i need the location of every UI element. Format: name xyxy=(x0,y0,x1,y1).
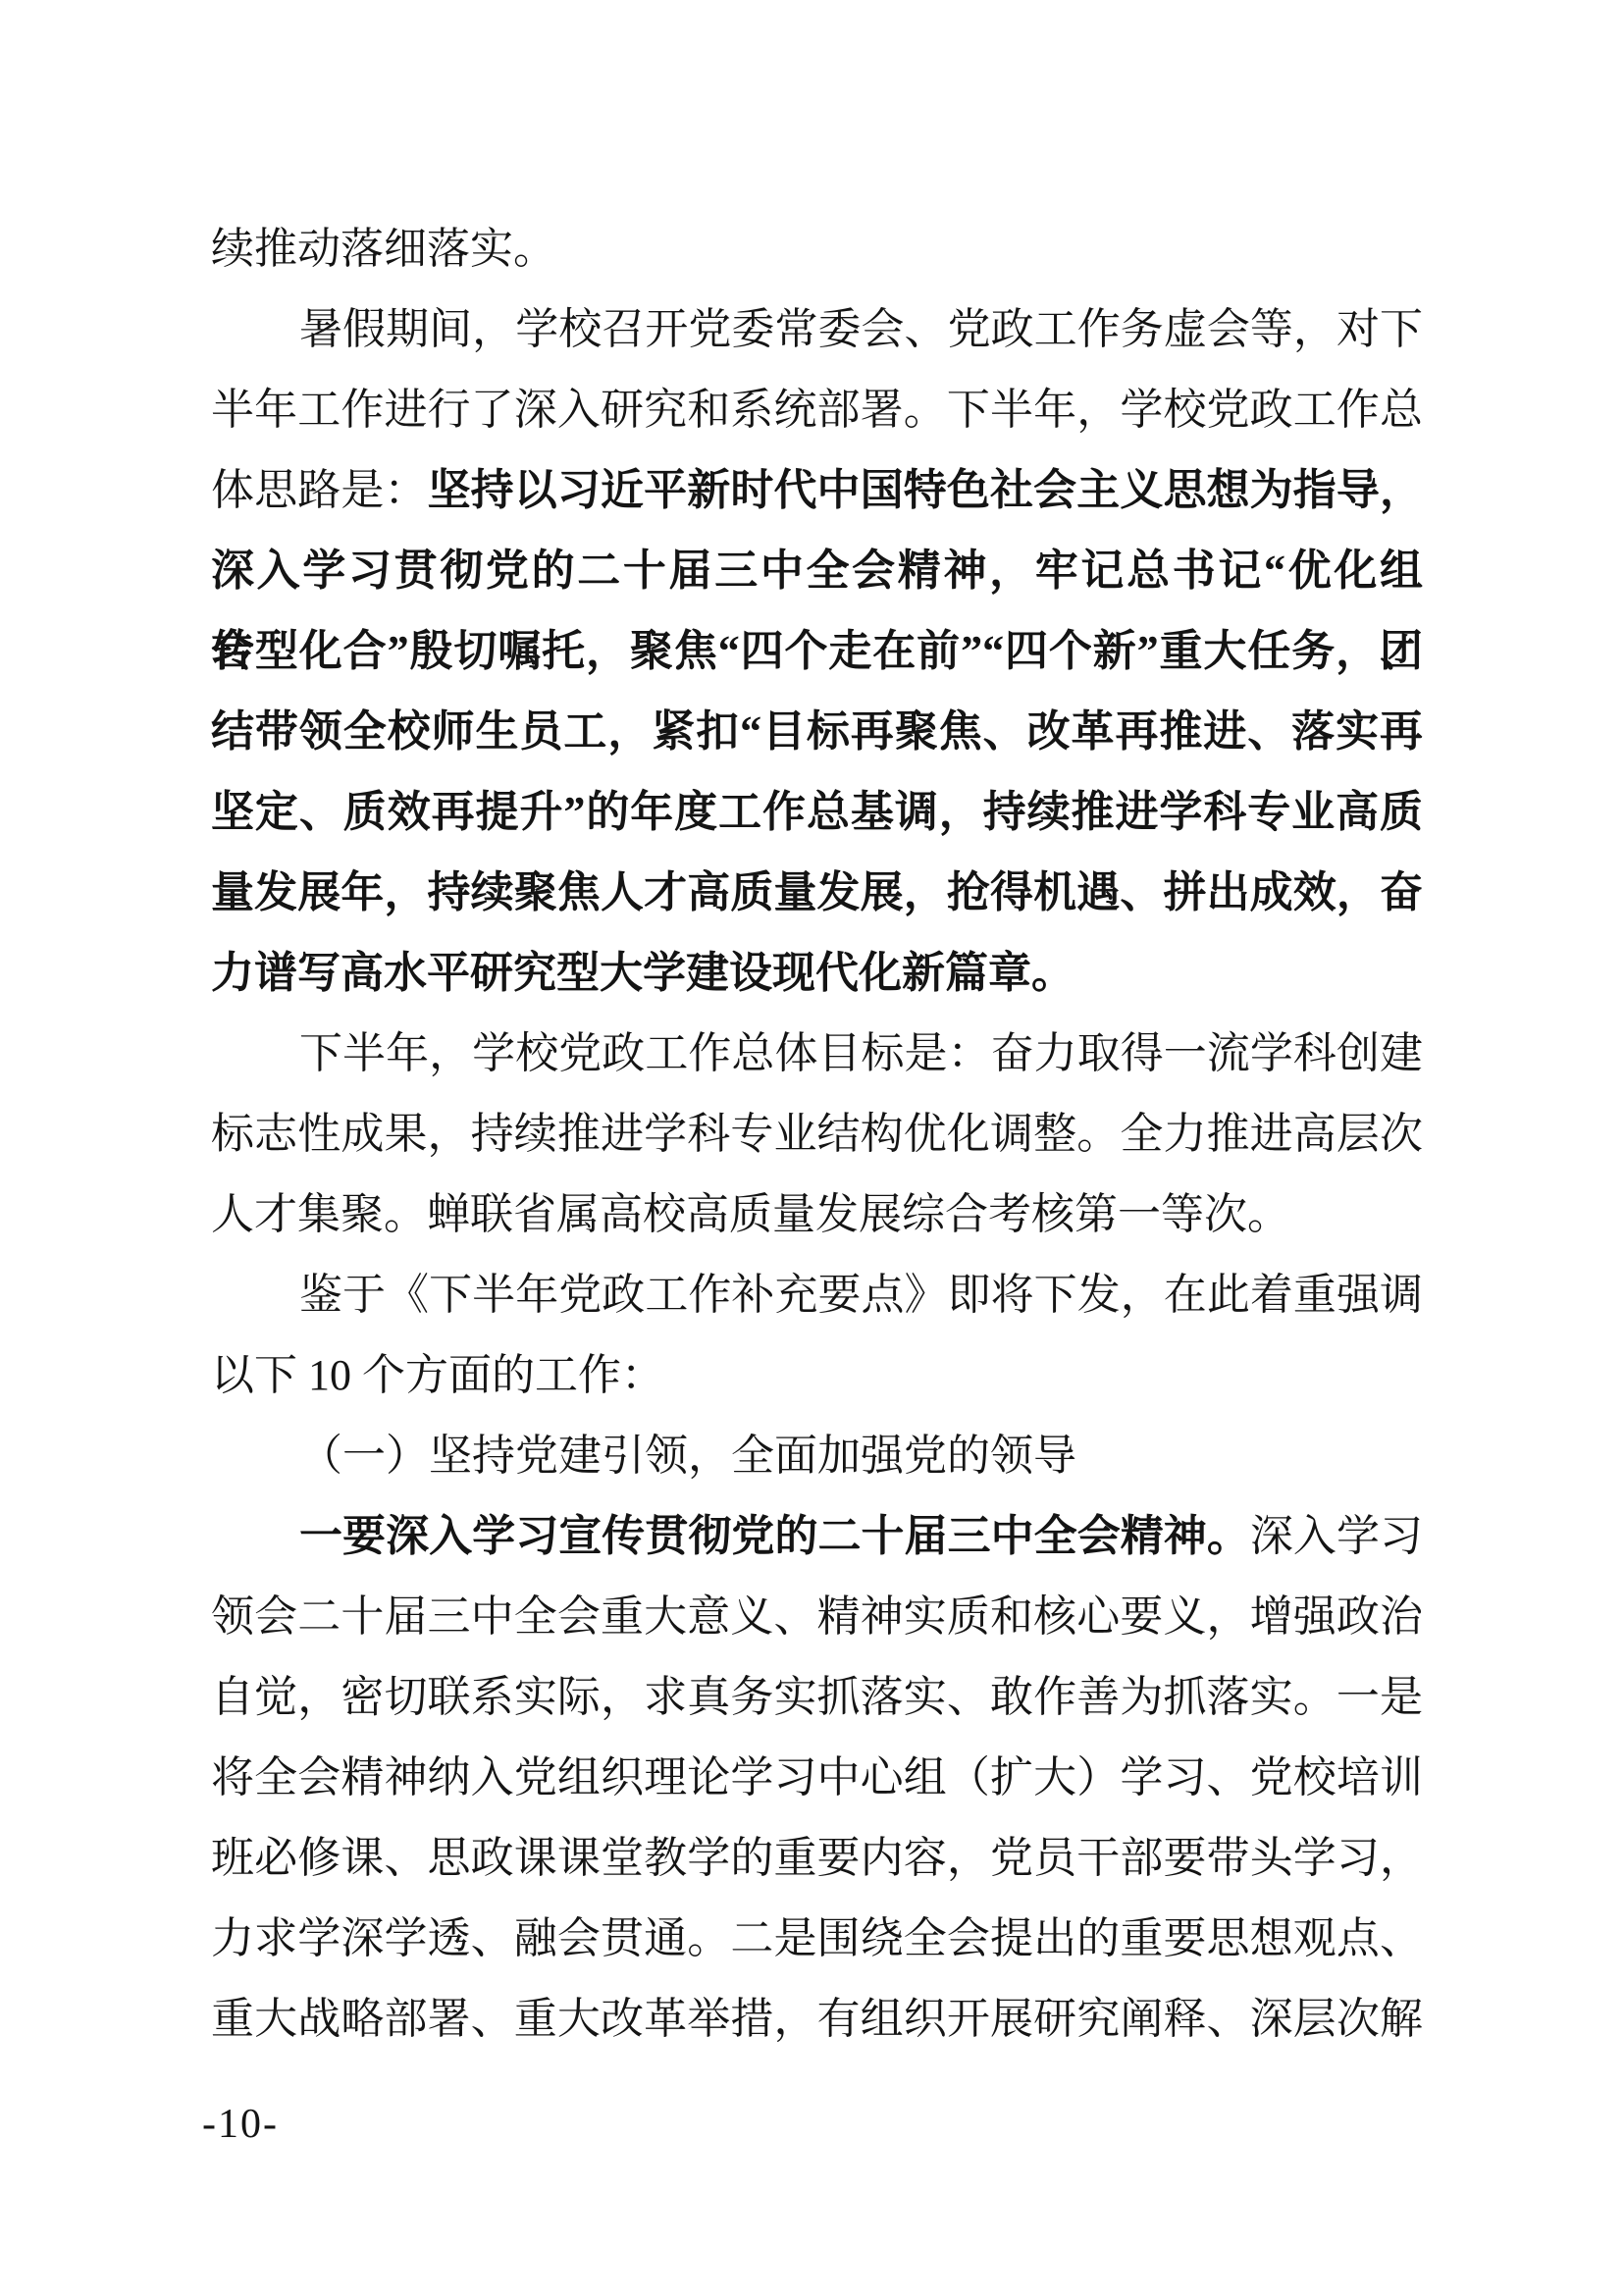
text-run: 标志性成果，持续推进学科专业结构优化调整。全力推进高层次 xyxy=(211,1110,1423,1158)
text-run: 力求学深学透、融会贯通。二是围绕全会提出的重要思想观点、 xyxy=(211,1914,1423,1962)
text-line: 转型化合”殷切嘱托，聚焦“四个走在前”“四个新”重大任务，团 xyxy=(211,611,1423,692)
text-line: 领会二十届三中全会重大意义、精神实质和核心要义，增强政治 xyxy=(211,1577,1423,1657)
text-line: 半年工作进行了深入研究和系统部署。下半年，学校党政工作总 xyxy=(211,370,1423,450)
section-heading: （一）坚持党建引领，全面加强党的领导 xyxy=(211,1416,1423,1496)
emphasized-text-run: 量发展年，持续聚焦人才高质量发展，抢得机遇、拼出成效，奋 xyxy=(211,868,1423,916)
text-run: 自觉，密切联系实际，求真务实抓落实、敢作善为抓落实。一是 xyxy=(211,1673,1423,1721)
text-run: （一）坚持党建引领，全面加强党的领导 xyxy=(299,1432,1076,1480)
text-line: 结带领全校师生员工，紧扣“目标再聚焦、改革再推进、落实再 xyxy=(211,692,1423,772)
text-run: 班必修课、思政课课堂教学的重要内容，党员干部要带头学习， xyxy=(211,1834,1423,1882)
text-line: 下半年，学校党政工作总体目标是：奋力取得一流学科创建 xyxy=(211,1014,1423,1094)
text-line: 人才集聚。蝉联省属高校高质量发展综合考核第一等次。 xyxy=(211,1174,1423,1255)
text-run: 半年工作进行了深入研究和系统部署。下半年，学校党政工作总 xyxy=(211,386,1423,434)
emphasized-text-run: 坚持以习近平新时代中国特色社会主义思想为指导， xyxy=(428,466,1423,514)
emphasized-text-run: 转型化合”殷切嘱托，聚焦“四个走在前”“四个新”重大任务，团 xyxy=(211,627,1423,675)
text-run: 将全会精神纳入党组织理论学习中心组（扩大）学习、党校培训 xyxy=(211,1753,1423,1801)
text-line: 续推动落细落实。 xyxy=(211,209,1423,289)
text-line: 深入学习贯彻党的二十届三中全会精神，牢记总书记“优化组合、 xyxy=(211,531,1423,611)
text-line: 量发展年，持续聚焦人才高质量发展，抢得机遇、拼出成效，奋 xyxy=(211,853,1423,933)
text-line: 暑假期间，学校召开党委常委会、党政工作务虚会等，对下 xyxy=(211,289,1423,370)
text-line: 一要深入学习宣传贯彻党的二十届三中全会精神。深入学习 xyxy=(211,1496,1423,1577)
text-line: 自觉，密切联系实际，求真务实抓落实、敢作善为抓落实。一是 xyxy=(211,1657,1423,1738)
emphasized-text-run: 力谱写高水平研究型大学建设现代化新篇章。 xyxy=(211,949,1074,997)
text-line: 班必修课、思政课课堂教学的重要内容，党员干部要带头学习， xyxy=(211,1818,1423,1899)
text-run: 领会二十届三中全会重大意义、精神实质和核心要义，增强政治 xyxy=(211,1592,1423,1641)
emphasized-text-run: 一要深入学习宣传贯彻党的二十届三中全会精神。 xyxy=(299,1512,1250,1560)
text-line: 体思路是：坚持以习近平新时代中国特色社会主义思想为指导， xyxy=(211,450,1423,531)
text-line: 将全会精神纳入党组织理论学习中心组（扩大）学习、党校培训 xyxy=(211,1738,1423,1818)
text-line: 鉴于《下半年党政工作补充要点》即将下发，在此着重强调 xyxy=(211,1255,1423,1335)
document-page: 续推动落细落实。暑假期间，学校召开党委常委会、党政工作务虚会等，对下半年工作进行… xyxy=(0,0,1624,2296)
text-run: 体思路是： xyxy=(211,466,428,514)
page-number: -10- xyxy=(202,2102,279,2147)
text-run: 续推动落细落实。 xyxy=(211,225,556,273)
text-run: 重大战略部署、重大改革举措，有组织开展研究阐释、深层次解 xyxy=(211,1995,1423,2043)
text-run: 人才集聚。蝉联省属高校高质量发展综合考核第一等次。 xyxy=(211,1190,1290,1238)
document-body: 续推动落细落实。暑假期间，学校召开党委常委会、党政工作务虚会等，对下半年工作进行… xyxy=(211,209,1423,2060)
text-line: 坚定、质效再提升”的年度工作总基调，持续推进学科专业高质 xyxy=(211,772,1423,853)
text-line: 以下 10 个方面的工作： xyxy=(211,1335,1423,1416)
text-run: 暑假期间，学校召开党委常委会、党政工作务虚会等，对下 xyxy=(299,305,1423,353)
text-line: 力求学深学透、融会贯通。二是围绕全会提出的重要思想观点、 xyxy=(211,1899,1423,1979)
text-run: 下半年，学校党政工作总体目标是：奋力取得一流学科创建 xyxy=(299,1029,1423,1077)
text-line: 重大战略部署、重大改革举措，有组织开展研究阐释、深层次解 xyxy=(211,1979,1423,2060)
text-line: 标志性成果，持续推进学科专业结构优化调整。全力推进高层次 xyxy=(211,1094,1423,1174)
emphasized-text-run: 结带领全校师生员工，紧扣“目标再聚焦、改革再推进、落实再 xyxy=(211,707,1423,756)
emphasized-text-run: 坚定、质效再提升”的年度工作总基调，持续推进学科专业高质 xyxy=(211,788,1423,836)
text-line: 力谱写高水平研究型大学建设现代化新篇章。 xyxy=(211,933,1423,1014)
text-run: 以下 10 个方面的工作： xyxy=(211,1351,664,1399)
text-run: 深入学习 xyxy=(1250,1512,1423,1560)
text-run: 鉴于《下半年党政工作补充要点》即将下发，在此着重强调 xyxy=(299,1271,1423,1319)
